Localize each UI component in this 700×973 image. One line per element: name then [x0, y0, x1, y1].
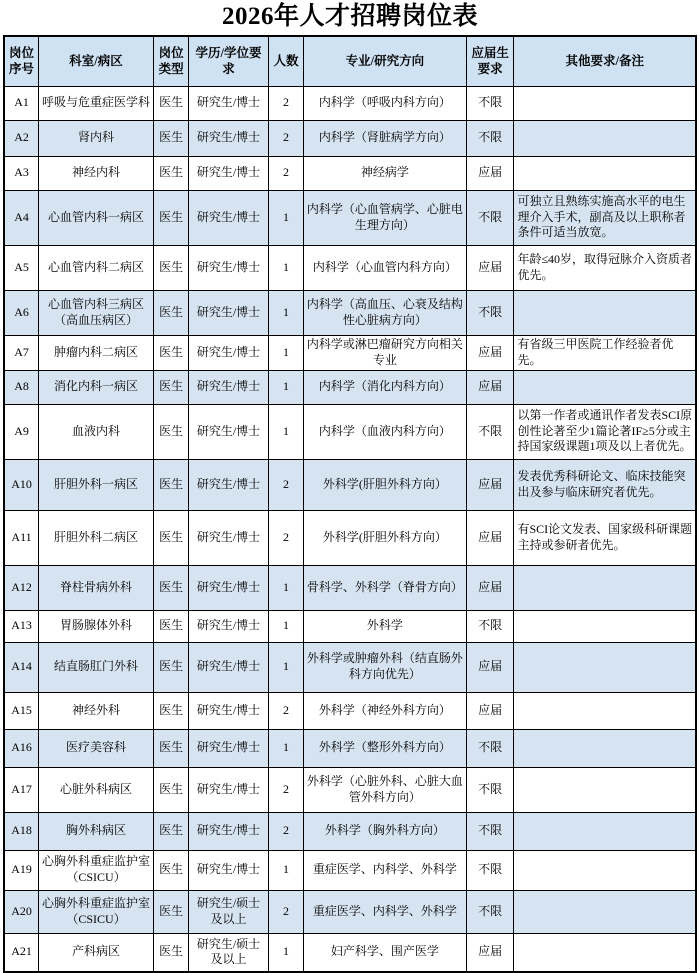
cell-position-id: A1: [4, 86, 39, 120]
table-row: A3神经内科医生研究生/博士2神经病学应届: [4, 156, 696, 190]
cell-headcount: 1: [268, 245, 303, 290]
cell-education: 研究生/博士: [189, 290, 269, 335]
cell-position-type: 医生: [153, 850, 188, 890]
cell-other-notes: [514, 610, 696, 642]
cell-education: 研究生/博士: [189, 729, 269, 767]
cell-position-id: A2: [4, 120, 39, 156]
cell-department: 心血管内科一病区: [39, 190, 154, 245]
cell-education: 研究生/博士: [189, 86, 269, 120]
cell-major: 内科学（血液内科方向）: [304, 404, 467, 459]
cell-headcount: 1: [268, 642, 303, 692]
cell-department: 肝胆外科二病区: [39, 510, 154, 565]
cell-headcount: 2: [268, 86, 303, 120]
cell-education: 研究生/博士: [189, 510, 269, 565]
table-row: A9血液内科医生研究生/博士1内科学（血液内科方向）不限以第一作者或通讯作者发表…: [4, 404, 696, 459]
cell-other-notes: [514, 120, 696, 156]
cell-position-id: A18: [4, 812, 39, 850]
cell-major: 外科学（心脏外科、心脏大血管外科方向）: [304, 767, 467, 812]
table-row: A13胃肠腺体外科医生研究生/博士1外科学不限: [4, 610, 696, 642]
cell-education: 研究生/博士: [189, 459, 269, 510]
cell-position-id: A7: [4, 335, 39, 370]
cell-education: 研究生/硕士及以上: [189, 933, 269, 972]
cell-position-id: A12: [4, 565, 39, 610]
cell-position-id: A17: [4, 767, 39, 812]
cell-other-notes: 年龄≤40岁，取得冠脉介入资质者优先。: [514, 245, 696, 290]
cell-major: 内科学（心血管内科方向）: [304, 245, 467, 290]
col-header-fresh-graduate: 应届生要求: [466, 36, 514, 86]
cell-major: 妇产科学、围产医学: [304, 933, 467, 972]
cell-position-id: A20: [4, 890, 39, 933]
cell-headcount: 1: [268, 290, 303, 335]
table-row: A5心血管内科二病区医生研究生/博士1内科学（心血管内科方向）应届年龄≤40岁，…: [4, 245, 696, 290]
cell-education: 研究生/博士: [189, 370, 269, 404]
cell-position-id: A21: [4, 933, 39, 972]
cell-position-id: A19: [4, 850, 39, 890]
col-header-major: 专业/研究方向: [304, 36, 467, 86]
cell-major: 内科学（肾脏病学方向）: [304, 120, 467, 156]
cell-major: 外科学（整形外科方向）: [304, 729, 467, 767]
cell-headcount: 1: [268, 404, 303, 459]
cell-major: 外科学（神经外科方向）: [304, 692, 467, 729]
cell-position-type: 医生: [153, 335, 188, 370]
cell-other-notes: [514, 156, 696, 190]
cell-headcount: 2: [268, 120, 303, 156]
cell-position-type: 医生: [153, 290, 188, 335]
cell-fresh-graduate: 不限: [466, 190, 514, 245]
cell-major: 内科学（高血压、心衰及结构性心脏病方向）: [304, 290, 467, 335]
cell-department: 肿瘤内科二病区: [39, 335, 154, 370]
cell-position-id: A6: [4, 290, 39, 335]
cell-fresh-graduate: 不限: [466, 120, 514, 156]
cell-headcount: 2: [268, 692, 303, 729]
cell-department: 产科病区: [39, 933, 154, 972]
table-row: A1呼吸与危重症医学科医生研究生/博士2内科学（呼吸内科方向）不限: [4, 86, 696, 120]
cell-major: 外科学: [304, 610, 467, 642]
cell-headcount: 2: [268, 459, 303, 510]
cell-position-type: 医生: [153, 729, 188, 767]
cell-major: 重症医学、内科学、外科学: [304, 890, 467, 933]
cell-fresh-graduate: 应届: [466, 245, 514, 290]
cell-fresh-graduate: 应届: [466, 156, 514, 190]
cell-fresh-graduate: 应届: [466, 510, 514, 565]
cell-department: 神经内科: [39, 156, 154, 190]
cell-department: 消化内科一病区: [39, 370, 154, 404]
cell-position-type: 医生: [153, 890, 188, 933]
page-title: 2026年人才招聘岗位表: [3, 0, 697, 35]
cell-position-id: A10: [4, 459, 39, 510]
table-row: A4心血管内科一病区医生研究生/博士1内科学（心血管病学、心脏电生理方向）不限可…: [4, 190, 696, 245]
cell-other-notes: [514, 890, 696, 933]
cell-fresh-graduate: 不限: [466, 86, 514, 120]
cell-fresh-graduate: 不限: [466, 404, 514, 459]
cell-headcount: 1: [268, 729, 303, 767]
cell-department: 心胸外科重症监护室（CSICU）: [39, 890, 154, 933]
cell-other-notes: 发表优秀科研论文、临床技能突出及参与临床研究者优先。: [514, 459, 696, 510]
cell-other-notes: [514, 729, 696, 767]
cell-department: 心血管内科二病区: [39, 245, 154, 290]
cell-position-type: 医生: [153, 565, 188, 610]
cell-education: 研究生/博士: [189, 850, 269, 890]
cell-position-type: 医生: [153, 86, 188, 120]
cell-other-notes: [514, 933, 696, 972]
cell-position-type: 医生: [153, 190, 188, 245]
cell-fresh-graduate: 不限: [466, 729, 514, 767]
cell-department: 胃肠腺体外科: [39, 610, 154, 642]
cell-education: 研究生/博士: [189, 156, 269, 190]
cell-position-type: 医生: [153, 245, 188, 290]
cell-major: 外科学(肝胆外科方向）: [304, 459, 467, 510]
cell-position-type: 医生: [153, 812, 188, 850]
cell-department: 医疗美容科: [39, 729, 154, 767]
cell-other-notes: 以第一作者或通讯作者发表SCI原创性论著至少1篇论著IF≥5分或主持国家级课题1…: [514, 404, 696, 459]
cell-other-notes: [514, 767, 696, 812]
cell-headcount: 2: [268, 156, 303, 190]
cell-position-type: 医生: [153, 610, 188, 642]
cell-position-type: 医生: [153, 767, 188, 812]
cell-headcount: 1: [268, 335, 303, 370]
cell-department: 结直肠肛门外科: [39, 642, 154, 692]
col-header-position-type: 岗位类型: [153, 36, 188, 86]
table-row: A2肾内科医生研究生/博士2内科学（肾脏病学方向）不限: [4, 120, 696, 156]
cell-department: 呼吸与危重症医学科: [39, 86, 154, 120]
cell-education: 研究生/博士: [189, 245, 269, 290]
header-row: 岗位序号 科室/病区 岗位类型 学历/学位要求 人数 专业/研究方向 应届生要求…: [4, 36, 696, 86]
cell-department: 脊柱骨病外科: [39, 565, 154, 610]
cell-headcount: 2: [268, 767, 303, 812]
cell-headcount: 1: [268, 850, 303, 890]
cell-position-type: 医生: [153, 156, 188, 190]
cell-major: 内科学或淋巴瘤研究方向相关专业: [304, 335, 467, 370]
cell-major: 外科学或肿瘤外科（结直肠外科方向优先）: [304, 642, 467, 692]
table-row: A20心胸外科重症监护室（CSICU）医生研究生/硕士及以上2重症医学、内科学、…: [4, 890, 696, 933]
cell-fresh-graduate: 应届: [466, 692, 514, 729]
table-row: A6心血管内科三病区（高血压病区）医生研究生/博士1内科学（高血压、心衰及结构性…: [4, 290, 696, 335]
cell-fresh-graduate: 不限: [466, 850, 514, 890]
cell-department: 心脏外科病区: [39, 767, 154, 812]
cell-headcount: 1: [268, 370, 303, 404]
cell-major: 外科学(肝胆外科方向）: [304, 510, 467, 565]
cell-fresh-graduate: 不限: [466, 610, 514, 642]
cell-other-notes: 有SCI论文发表、国家级科研课题主持或参研者优先。: [514, 510, 696, 565]
cell-position-id: A11: [4, 510, 39, 565]
recruitment-table-page: 2026年人才招聘岗位表 岗位序号 科室/病区 岗位类型 学历/学位要求 人数 …: [0, 0, 700, 971]
cell-headcount: 2: [268, 890, 303, 933]
cell-position-type: 医生: [153, 404, 188, 459]
table-body: A1呼吸与危重症医学科医生研究生/博士2内科学（呼吸内科方向）不限A2肾内科医生…: [4, 86, 696, 972]
cell-other-notes: [514, 850, 696, 890]
col-header-education: 学历/学位要求: [189, 36, 269, 86]
col-header-position-id: 岗位序号: [4, 36, 39, 86]
table-row: A12脊柱骨病外科医生研究生/博士1骨科学、外科学（脊骨方向）应届: [4, 565, 696, 610]
cell-fresh-graduate: 应届: [466, 565, 514, 610]
cell-position-id: A5: [4, 245, 39, 290]
col-header-department: 科室/病区: [39, 36, 154, 86]
cell-education: 研究生/硕士及以上: [189, 890, 269, 933]
cell-major: 骨科学、外科学（脊骨方向）: [304, 565, 467, 610]
cell-major: 重症医学、内科学、外科学: [304, 850, 467, 890]
table-row: A10肝胆外科一病区医生研究生/博士2外科学(肝胆外科方向）应届发表优秀科研论文…: [4, 459, 696, 510]
cell-position-id: A9: [4, 404, 39, 459]
cell-department: 血液内科: [39, 404, 154, 459]
cell-other-notes: 有省级三甲医院工作经验者优先。: [514, 335, 696, 370]
cell-other-notes: [514, 812, 696, 850]
cell-position-type: 医生: [153, 459, 188, 510]
cell-fresh-graduate: 应届: [466, 370, 514, 404]
cell-headcount: 1: [268, 190, 303, 245]
cell-other-notes: [514, 642, 696, 692]
cell-position-type: 医生: [153, 120, 188, 156]
cell-education: 研究生/博士: [189, 812, 269, 850]
cell-position-type: 医生: [153, 933, 188, 972]
table-row: A8消化内科一病区医生研究生/博士1内科学（消化内科方向）应届: [4, 370, 696, 404]
cell-fresh-graduate: 不限: [466, 890, 514, 933]
cell-headcount: 2: [268, 510, 303, 565]
recruitment-table: 岗位序号 科室/病区 岗位类型 学历/学位要求 人数 专业/研究方向 应届生要求…: [3, 35, 697, 973]
cell-major: 内科学（心血管病学、心脏电生理方向）: [304, 190, 467, 245]
cell-fresh-graduate: 应届: [466, 933, 514, 972]
cell-position-id: A16: [4, 729, 39, 767]
cell-other-notes: [514, 86, 696, 120]
cell-education: 研究生/博士: [189, 610, 269, 642]
cell-position-type: 医生: [153, 370, 188, 404]
cell-position-type: 医生: [153, 642, 188, 692]
cell-fresh-graduate: 不限: [466, 767, 514, 812]
cell-department: 心血管内科三病区（高血压病区）: [39, 290, 154, 335]
cell-headcount: 2: [268, 812, 303, 850]
cell-department: 肾内科: [39, 120, 154, 156]
table-row: A14结直肠肛门外科医生研究生/博士1外科学或肿瘤外科（结直肠外科方向优先）应届: [4, 642, 696, 692]
cell-education: 研究生/博士: [189, 767, 269, 812]
cell-education: 研究生/博士: [189, 120, 269, 156]
table-row: A21产科病区医生研究生/硕士及以上1妇产科学、围产医学应届: [4, 933, 696, 972]
cell-position-id: A3: [4, 156, 39, 190]
cell-fresh-graduate: 应届: [466, 459, 514, 510]
table-row: A19心胸外科重症监护室（CSICU）医生研究生/博士1重症医学、内科学、外科学…: [4, 850, 696, 890]
cell-fresh-graduate: 应届: [466, 335, 514, 370]
cell-other-notes: [514, 290, 696, 335]
table-row: A15神经外科医生研究生/博士2外科学（神经外科方向）应届: [4, 692, 696, 729]
cell-education: 研究生/博士: [189, 190, 269, 245]
cell-department: 胸外科病区: [39, 812, 154, 850]
cell-education: 研究生/博士: [189, 404, 269, 459]
cell-other-notes: [514, 692, 696, 729]
cell-department: 神经外科: [39, 692, 154, 729]
cell-education: 研究生/博士: [189, 565, 269, 610]
cell-major: 神经病学: [304, 156, 467, 190]
cell-position-id: A14: [4, 642, 39, 692]
cell-other-notes: [514, 370, 696, 404]
table-row: A11肝胆外科二病区医生研究生/博士2外科学(肝胆外科方向）应届有SCI论文发表…: [4, 510, 696, 565]
table-row: A16医疗美容科医生研究生/博士1外科学（整形外科方向）不限: [4, 729, 696, 767]
col-header-headcount: 人数: [268, 36, 303, 86]
cell-position-type: 医生: [153, 510, 188, 565]
cell-other-notes: 可独立且熟练实施高水平的电生理介入手术，副高及以上职称者条件可适当放宽。: [514, 190, 696, 245]
cell-headcount: 1: [268, 565, 303, 610]
col-header-other-notes: 其他要求/备注: [514, 36, 696, 86]
cell-major: 内科学（消化内科方向）: [304, 370, 467, 404]
cell-position-id: A15: [4, 692, 39, 729]
cell-major: 内科学（呼吸内科方向）: [304, 86, 467, 120]
cell-fresh-graduate: 应届: [466, 642, 514, 692]
cell-department: 肝胆外科一病区: [39, 459, 154, 510]
table-row: A18胸外科病区医生研究生/博士2外科学（胸外科方向）不限: [4, 812, 696, 850]
cell-education: 研究生/博士: [189, 335, 269, 370]
cell-other-notes: [514, 565, 696, 610]
cell-headcount: 1: [268, 610, 303, 642]
cell-position-id: A13: [4, 610, 39, 642]
cell-department: 心胸外科重症监护室（CSICU）: [39, 850, 154, 890]
cell-position-id: A8: [4, 370, 39, 404]
cell-headcount: 1: [268, 933, 303, 972]
cell-fresh-graduate: 不限: [466, 290, 514, 335]
table-row: A17心脏外科病区医生研究生/博士2外科学（心脏外科、心脏大血管外科方向）不限: [4, 767, 696, 812]
cell-major: 外科学（胸外科方向）: [304, 812, 467, 850]
cell-position-type: 医生: [153, 692, 188, 729]
cell-education: 研究生/博士: [189, 692, 269, 729]
table-row: A7肿瘤内科二病区医生研究生/博士1内科学或淋巴瘤研究方向相关专业应届有省级三甲…: [4, 335, 696, 370]
table-header: 岗位序号 科室/病区 岗位类型 学历/学位要求 人数 专业/研究方向 应届生要求…: [4, 36, 696, 86]
cell-education: 研究生/博士: [189, 642, 269, 692]
cell-position-id: A4: [4, 190, 39, 245]
cell-fresh-graduate: 不限: [466, 812, 514, 850]
